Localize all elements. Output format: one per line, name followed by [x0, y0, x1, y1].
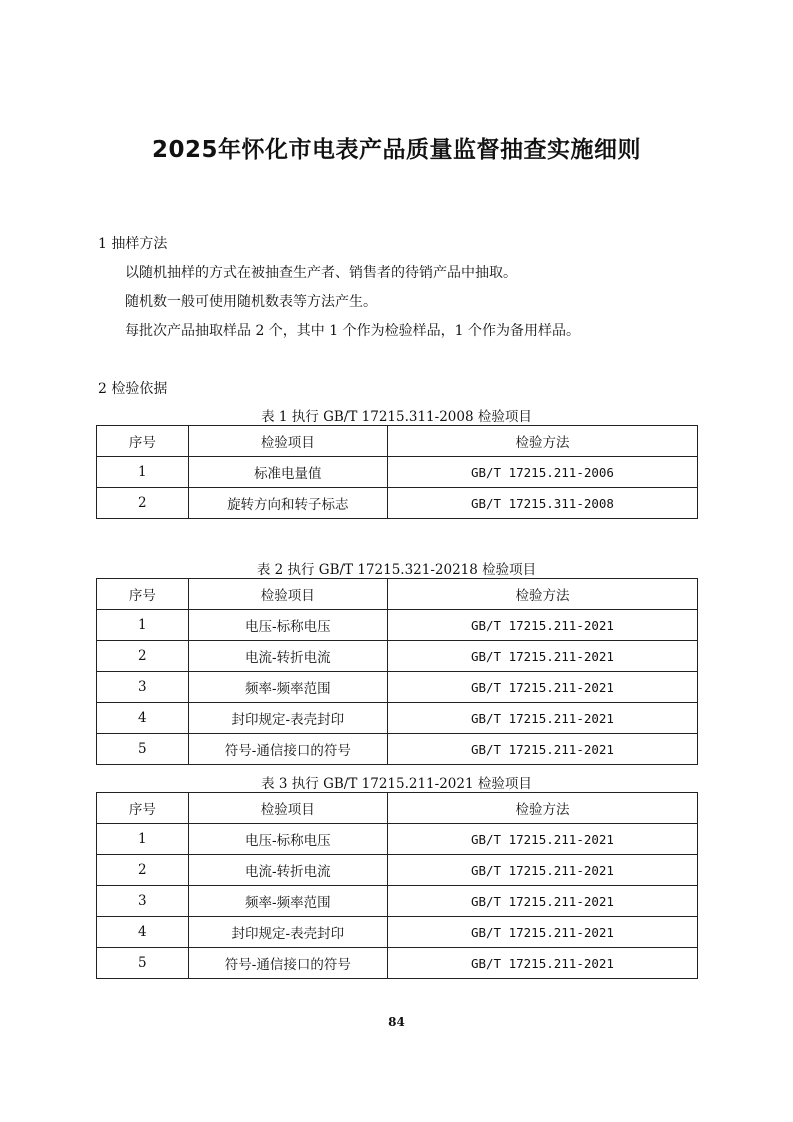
cell-item: 标准电量值: [188, 457, 387, 488]
cell-index: 3: [97, 886, 189, 917]
header-cell: 序号: [97, 793, 189, 824]
page-number: 84: [0, 1015, 793, 1029]
header-cell: 检验方法: [387, 579, 697, 610]
table-row: 1 电压-标称电压 GB/T 17215.211-2021: [97, 824, 698, 855]
cell-method: GB/T 17215.211-2021: [387, 672, 697, 703]
cell-item: 电流-转折电流: [188, 641, 387, 672]
cell-method: GB/T 17215.211-2021: [387, 734, 697, 765]
table-row: 5 符号-通信接口的符号 GB/T 17215.211-2021: [97, 734, 698, 765]
cell-index: 5: [97, 948, 189, 979]
cell-index: 3: [97, 672, 189, 703]
header-cell: 序号: [97, 579, 189, 610]
cell-method: GB/T 17215.211-2021: [387, 948, 697, 979]
cell-item: 封印规定-表壳封印: [188, 917, 387, 948]
cell-item: 电压-标称电压: [188, 610, 387, 641]
table-header-row: 序号 检验项目 检验方法: [97, 426, 698, 457]
cell-index: 4: [97, 917, 189, 948]
cell-index: 1: [97, 457, 189, 488]
header-cell: 检验方法: [387, 793, 697, 824]
cell-method: GB/T 17215.311-2008: [387, 488, 697, 519]
inspection-table-1: 序号 检验项目 检验方法 1 标准电量值 GB/T 17215.211-2006…: [96, 425, 698, 519]
paragraph: 随机数一般可使用随机数表等方法产生。: [125, 291, 377, 311]
cell-index: 2: [97, 641, 189, 672]
cell-index: 4: [97, 703, 189, 734]
table-caption: 表 3 执行 GB/T 17215.211-2021 检验项目: [0, 772, 793, 792]
cell-index: 1: [97, 610, 189, 641]
paragraph: 每批次产品抽取样品 2 个，其中 1 个作为检验样品，1 个作为备用样品。: [125, 320, 580, 340]
table-row: 1 电压-标称电压 GB/T 17215.211-2021: [97, 610, 698, 641]
cell-method: GB/T 17215.211-2021: [387, 703, 697, 734]
cell-item: 符号-通信接口的符号: [188, 948, 387, 979]
table-row: 4 封印规定-表壳封印 GB/T 17215.211-2021: [97, 917, 698, 948]
cell-index: 2: [97, 488, 189, 519]
cell-item: 频率-频率范围: [188, 672, 387, 703]
table-row: 5 符号-通信接口的符号 GB/T 17215.211-2021: [97, 948, 698, 979]
cell-item: 频率-频率范围: [188, 886, 387, 917]
cell-item: 封印规定-表壳封印: [188, 703, 387, 734]
table-header-row: 序号 检验项目 检验方法: [97, 793, 698, 824]
header-cell: 序号: [97, 426, 189, 457]
table-row: 3 频率-频率范围 GB/T 17215.211-2021: [97, 886, 698, 917]
header-cell: 检验项目: [188, 426, 387, 457]
header-cell: 检验项目: [188, 579, 387, 610]
header-cell: 检验项目: [188, 793, 387, 824]
cell-item: 旋转方向和转子标志: [188, 488, 387, 519]
paragraph: 以随机抽样的方式在被抽查生产者、销售者的待销产品中抽取。: [125, 262, 517, 282]
header-cell: 检验方法: [387, 426, 697, 457]
section-heading-basis: 2 检验依据: [98, 378, 167, 398]
table-row: 2 电流-转折电流 GB/T 17215.211-2021: [97, 641, 698, 672]
cell-index: 1: [97, 824, 189, 855]
cell-index: 2: [97, 855, 189, 886]
cell-method: GB/T 17215.211-2021: [387, 610, 697, 641]
inspection-table-3: 序号 检验项目 检验方法 1 电压-标称电压 GB/T 17215.211-20…: [96, 792, 698, 979]
table-row: 3 频率-频率范围 GB/T 17215.211-2021: [97, 672, 698, 703]
section-heading-sampling: 1 抽样方法: [98, 233, 167, 253]
cell-method: GB/T 17215.211-2021: [387, 641, 697, 672]
cell-method: GB/T 17215.211-2021: [387, 855, 697, 886]
table-caption: 表 2 执行 GB/T 17215.321-20218 检验项目: [0, 558, 793, 578]
cell-item: 符号-通信接口的符号: [188, 734, 387, 765]
table-header-row: 序号 检验项目 检验方法: [97, 579, 698, 610]
cell-item: 电压-标称电压: [188, 824, 387, 855]
cell-method: GB/T 17215.211-2021: [387, 917, 697, 948]
cell-item: 电流-转折电流: [188, 855, 387, 886]
table-row: 2 旋转方向和转子标志 GB/T 17215.311-2008: [97, 488, 698, 519]
table-row: 1 标准电量值 GB/T 17215.211-2006: [97, 457, 698, 488]
table-row: 2 电流-转折电流 GB/T 17215.211-2021: [97, 855, 698, 886]
cell-method: GB/T 17215.211-2021: [387, 824, 697, 855]
cell-method: GB/T 17215.211-2021: [387, 886, 697, 917]
cell-method: GB/T 17215.211-2006: [387, 457, 697, 488]
cell-index: 5: [97, 734, 189, 765]
inspection-table-2: 序号 检验项目 检验方法 1 电压-标称电压 GB/T 17215.211-20…: [96, 578, 698, 765]
table-caption: 表 1 执行 GB/T 17215.311-2008 检验项目: [0, 405, 793, 425]
table-row: 4 封印规定-表壳封印 GB/T 17215.211-2021: [97, 703, 698, 734]
document-title: 2025年怀化市电表产品质量监督抽查实施细则: [0, 131, 793, 164]
